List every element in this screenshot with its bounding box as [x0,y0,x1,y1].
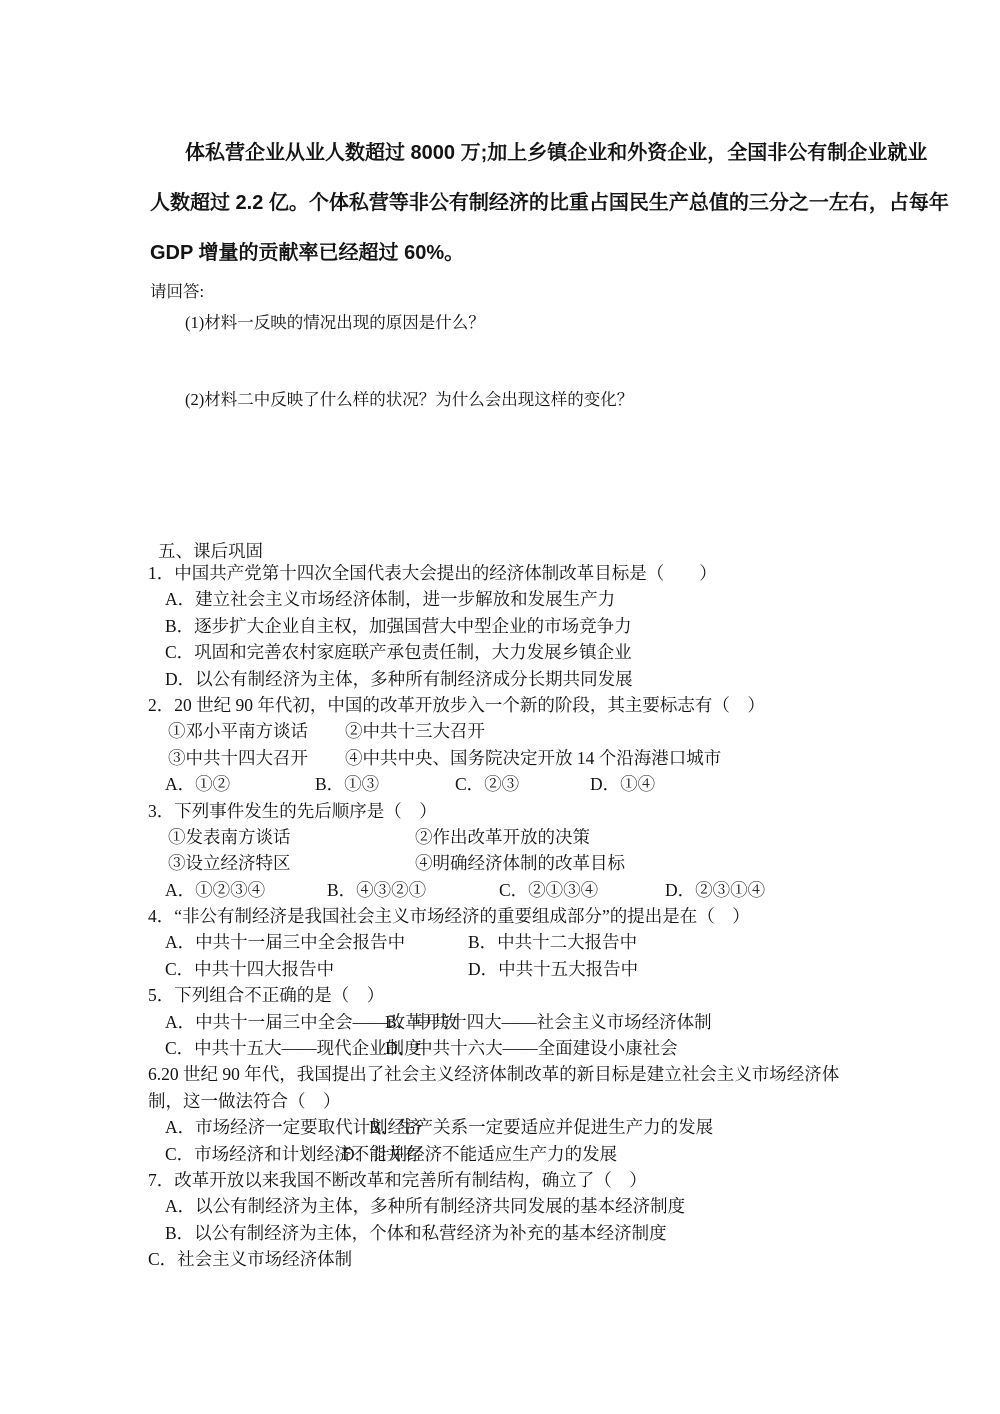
q3-item-3: ③设立经济特区 [168,850,415,876]
sub-question-2: (2)材料二中反映了什么样的状况？为什么会出现这样的变化？ [150,386,633,413]
q2-answer-row: A．①② B．①③ C．②③ D．①④ [148,771,839,797]
q2-stem: 2．20 世纪 90 年代初，中国的改革开放步入一个新的阶段，其主要标志有（ ） [148,692,839,718]
q5-option-b: B．中共十四大——社会主义市场经济体制 [385,1009,712,1035]
q4-option-row-2: C．中共十四大报告中 D．中共十五大报告中 [148,956,839,982]
q3-item-row-2: ③设立经济特区 ④明确经济体制的改革目标 [148,850,839,876]
q2-item-2: ②中共十三大召开 [345,718,485,744]
q4-option-c: C．中共十四大报告中 [165,956,468,982]
q2-answer-b: B．①③ [315,771,455,797]
q2-answer-a: A．①② [165,771,315,797]
q6-option-b: B．生产关系一定要适应并促进生产力的发展 [369,1114,713,1140]
material-line: GDP 增量的贡献率已经超过 60%。 [150,228,880,278]
q2-item-row-2: ③中共十四大召开 ④中共中央、国务院决定开放 14 个沿海港口城市 [148,745,839,771]
q3-answer-a: A．①②③④ [165,877,327,903]
q6-option-d: D．计划经济不能适应生产力的发展 [342,1141,617,1167]
q2-item-4: ④中共中央、国务院决定开放 14 个沿海港口城市 [345,745,721,771]
sub-question-1: (1)材料一反映的情况出现的原因是什么？ [150,309,633,336]
q2-item-row-1: ①邓小平南方谈话 ②中共十三大召开 [148,718,839,744]
q4-option-a: A．中共十一届三中全会报告中 [165,929,468,955]
q1-stem: 1．中国共产党第十四次全国代表大会提出的经济体制改革目标是（ ） [148,560,839,586]
q5-option-row-1: A．中共十一届三中全会——改革开放 B．中共十四大——社会主义市场经济体制 [148,1009,839,1035]
q4-stem: 4．“非公有制经济是我国社会主义市场经济的重要组成部分”的提出是在（ ） [148,903,839,929]
q7-option-b: B．以公有制经济为主体，个体和私营经济为补充的基本经济制度 [148,1220,839,1246]
q3-stem: 3．下列事件发生的先后顺序是（ ） [148,798,839,824]
q5-option-a: A．中共十一届三中全会——改革开放 [165,1009,385,1035]
q5-stem: 5．下列组合不正确的是（ ） [148,982,839,1008]
q1-option-a: A．建立社会主义市场经济体制，进一步解放和发展生产力 [148,586,839,612]
q3-item-row-1: ①发表南方谈话 ②作出改革开放的决策 [148,824,839,850]
section-title: 五、课后巩固 [158,540,263,562]
q4-option-b: B．中共十二大报告中 [468,929,637,955]
q2-item-1: ①邓小平南方谈话 [168,718,345,744]
q1-option-c: C．巩固和完善农村家庭联产承包责任制，大力发展乡镇企业 [148,639,839,665]
q6-stem-line-2: 制，这一做法符合（ ） [148,1088,839,1114]
q3-answer-c: C．②①③④ [499,877,665,903]
q3-answer-b: B．④③②① [327,877,499,903]
q7-option-a: A．以公有制经济为主体，多种所有制经济共同发展的基本经济制度 [148,1193,839,1219]
q6-option-row-2: C．市场经济和计划经济不能并存 D．计划经济不能适应生产力的发展 [148,1141,839,1167]
q5-option-row-2: C．中共十五大——现代企业制度 D．中共十六大——全面建设小康社会 [148,1035,839,1061]
q3-answer-d: D．②③①④ [665,877,765,903]
q2-answer-d: D．①④ [590,771,655,797]
q2-answer-c: C．②③ [455,771,590,797]
multiple-choice-questions: 1．中国共产党第十四次全国代表大会提出的经济体制改革目标是（ ） A．建立社会主… [148,560,839,1273]
material-paragraph: 体私营企业从业人数超过 8000 万;加上乡镇企业和外资企业，全国非公有制企业就… [150,128,880,278]
short-answer-block: 请回答: (1)材料一反映的情况出现的原因是什么？ (2)材料二中反映了什么样的… [150,278,633,413]
material-line: 体私营企业从业人数超过 8000 万;加上乡镇企业和外资企业，全国非公有制企业就… [150,128,880,178]
q6-option-row-1: A．市场经济一定要取代计划经济 B．生产关系一定要适应并促进生产力的发展 [148,1114,839,1140]
answer-prompt: 请回答: [150,278,633,305]
q3-answer-row: A．①②③④ B．④③②① C．②①③④ D．②③①④ [148,877,839,903]
q3-item-1: ①发表南方谈话 [168,824,415,850]
document-page: 体私营企业从业人数超过 8000 万;加上乡镇企业和外资企业，全国非公有制企业就… [0,0,1000,1414]
q2-item-3: ③中共十四大召开 [168,745,345,771]
q6-option-c: C．市场经济和计划经济不能并存 [165,1141,342,1167]
q6-stem-line-1: 6.20 世纪 90 年代，我国提出了社会主义经济体制改革的新目标是建立社会主义… [148,1061,839,1087]
q3-item-4: ④明确经济体制的改革目标 [415,850,625,876]
q4-option-row-1: A．中共十一届三中全会报告中 B．中共十二大报告中 [148,929,839,955]
material-line: 人数超过 2.2 亿。个体私营等非公有制经济的比重占国民生产总值的三分之一左右，… [150,178,880,228]
q6-option-a: A．市场经济一定要取代计划经济 [165,1114,369,1140]
q7-option-c: C．社会主义市场经济体制 [148,1246,839,1272]
q7-stem: 7．改革开放以来我国不断改革和完善所有制结构，确立了（ ） [148,1167,839,1193]
q5-option-c: C．中共十五大——现代企业制度 [165,1035,385,1061]
q5-option-d: D．中共十六大——全面建设小康社会 [385,1035,678,1061]
q4-option-d: D．中共十五大报告中 [468,956,638,982]
q1-option-b: B．逐步扩大企业自主权，加强国营大中型企业的市场竞争力 [148,613,839,639]
q3-item-2: ②作出改革开放的决策 [415,824,590,850]
q1-option-d: D．以公有制经济为主体，多种所有制经济成分长期共同发展 [148,666,839,692]
